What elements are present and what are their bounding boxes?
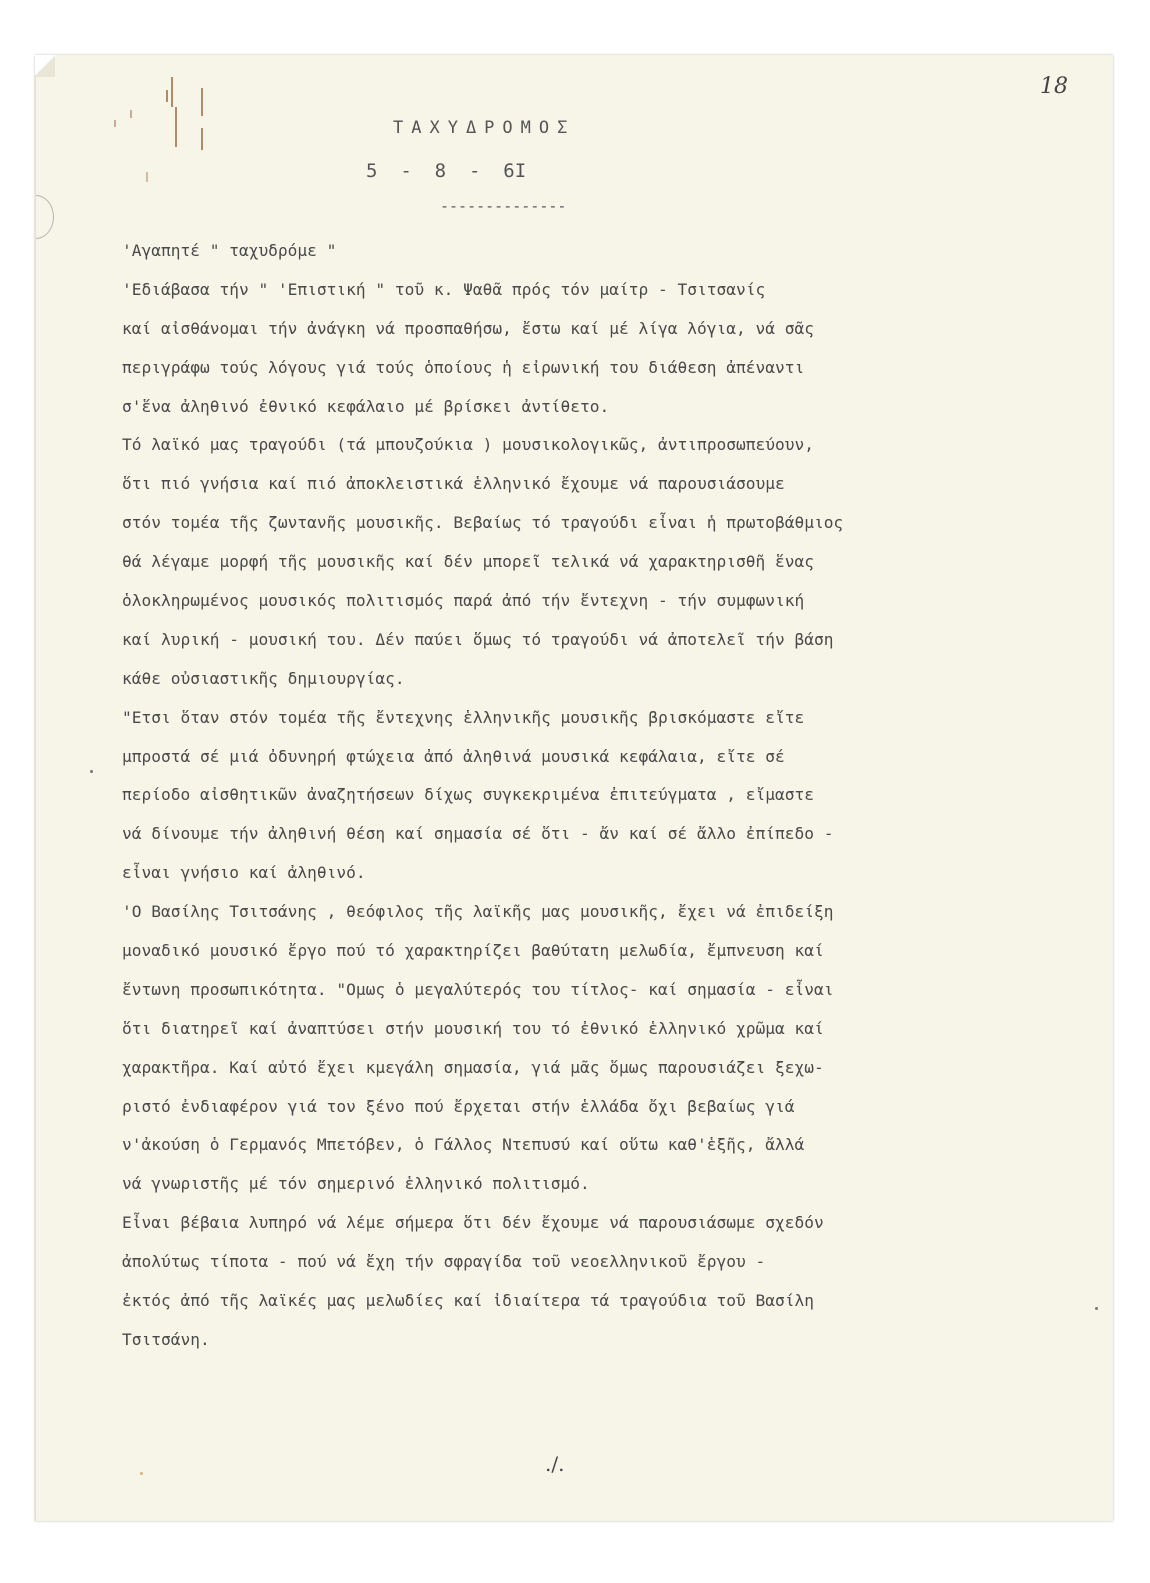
text-line: σ'ἕνα ἀληθινό ἐθνικό κεφάλαιο μέ βρίσκει… — [122, 388, 1112, 427]
text-line: στόν τομέα τῆς ζωντανῆς μουσικῆς. Βεβαίω… — [122, 504, 1112, 543]
speck — [1095, 1307, 1098, 1310]
text-line: 'Αγαπητέ " ταχυδρόμε " — [122, 232, 1112, 271]
text-line: Τσιτσάνη. — [122, 1321, 1112, 1360]
text-line: μπροστά σέ μιά ὀδυνηρή φτώχεια ἀπό ἀληθι… — [122, 738, 1112, 777]
text-line: Τό λαϊκό μας τραγούδι (τά μπουζούκια ) μ… — [122, 426, 1112, 465]
rust-stain — [201, 128, 203, 150]
text-line: νά γνωριστῆς μέ τόν σημερινό ἑλληνικό πο… — [122, 1165, 1112, 1204]
speck — [140, 1472, 143, 1475]
text-line: νά δίνουμε τήν ἀληθινή θέση καί σημασία … — [122, 815, 1112, 854]
text-line: ἀπολύτως τίποτα - πού νά ἔχη τήν σφραγίδ… — [122, 1243, 1112, 1282]
text-line: ἐκτός ἀπό τῆς λαϊκές μας μελωδίες καί ἰδ… — [122, 1282, 1112, 1321]
text-line: ὅτι διατηρεῖ καί ἀναπτύσει στήν μουσική … — [122, 1010, 1112, 1049]
text-line: καί αἰσθάνομαι τήν ἀνάγκη νά προσπαθήσω,… — [122, 310, 1112, 349]
text-line: περιγράφω τούς λόγους γιά τούς ὁποίους ἡ… — [122, 349, 1112, 388]
rust-stain — [175, 107, 177, 147]
text-line: ριστό ἐνδιαφέρον γιά τον ξένο πού ἔρχετα… — [122, 1088, 1112, 1127]
text-line: ὁλοκληρωμένος μουσικός πολιτισμός παρά ἀ… — [122, 582, 1112, 621]
rust-stain — [130, 110, 132, 118]
text-line: μοναδικό μουσικό ἔργο πού τό χαρακτηρίζε… — [122, 932, 1112, 971]
folded-corner — [35, 55, 55, 77]
text-line: καί λυρική - μουσική του. Δέν παύει ὅμως… — [122, 621, 1112, 660]
text-line: 'Ο Βασίλης Τσιτσάνης , θεόφιλος τῆς λαϊκ… — [122, 893, 1112, 932]
text-line: χαρακτῆρα. Καί αὐτό ἔχει κμεγάλη σημασία… — [122, 1049, 1112, 1088]
text-line: κάθε οὐσιαστικῆς δημιουργίας. — [122, 660, 1112, 699]
text-line: εἶναι γνήσιο καί ἀληθινό. — [122, 854, 1112, 893]
letter-date: 5 - 8 - 6Ι — [366, 160, 526, 182]
text-line: ν'ἀκούση ὁ Γερμανός Μπετόβεν, ὁ Γάλλος Ν… — [122, 1126, 1112, 1165]
rust-stain — [146, 172, 148, 182]
text-line: θά λέγαμε μορφή τῆς μουσικῆς καί δέν μπο… — [122, 543, 1112, 582]
rust-stain — [114, 120, 116, 127]
rust-stain — [166, 90, 168, 102]
text-line: ὅτι πιό γνήσια καί πιό ἀποκλειστικά ἑλλη… — [122, 465, 1112, 504]
speck — [90, 770, 93, 773]
text-line: "Ετσι ὅταν στόν τομέα τῆς ἔντεχνης ἑλλην… — [122, 699, 1112, 738]
text-line: ἔντωνη προσωπικότητα. "Ομως ὁ μεγαλύτερό… — [122, 971, 1112, 1010]
text-line: περίοδο αἰσθητικῶν ἀναζητήσεων δίχως συγ… — [122, 776, 1112, 815]
heading-rule: -------------- — [440, 197, 566, 215]
rust-stain — [171, 77, 173, 107]
letter-body: 'Αγαπητέ " ταχυδρόμε " 'Εδιάβασα τήν " '… — [122, 232, 1112, 1360]
punch-hole — [18, 195, 54, 239]
continuation-mark: ./. — [545, 1452, 564, 1476]
text-line: 'Εδιάβασα τήν " 'Επιστική " τοῦ κ. Ψαθᾶ … — [122, 271, 1112, 310]
rust-stain — [201, 88, 203, 116]
page-number: 18 — [1040, 74, 1068, 99]
newspaper-title: ΤΑΧΥΔΡΟΜΟΣ — [393, 118, 575, 138]
text-line: Εἶναι βέβαια λυπηρό νά λέμε σήμερα ὅτι δ… — [122, 1204, 1112, 1243]
